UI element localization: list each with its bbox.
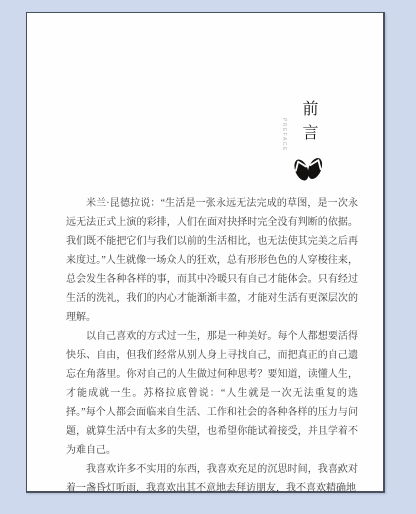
paragraph-1: 米兰·昆德拉说：“生活是一张永远无法完成的草图，是一次永远无法正式上演的彩排，人…: [66, 194, 358, 327]
preface-header: PREFACE 前言: [269, 93, 339, 203]
book-page: PREFACE 前言 米兰·昆德拉说：“生活是一张永远无法完成的草图，是一次永远…: [26, 12, 385, 493]
photo-backdrop: PREFACE 前言 米兰·昆德拉说：“生活是一张永远无法完成的草图，是一次永远…: [0, 0, 416, 514]
paragraph-3: 我喜欢许多不实用的东西，我喜欢充足的沉思时间，我喜欢对着一盏昏灯听雨，我喜欢出其…: [66, 460, 358, 498]
flip-flops-icon: [291, 150, 325, 188]
page-number: 1: [331, 465, 347, 475]
preface-english-label: PREFACE: [281, 118, 287, 152]
body-text: 米兰·昆德拉说：“生活是一张永远无法完成的草图，是一次永远无法正式上演的彩排，人…: [66, 194, 358, 498]
paragraph-2: 以自己喜欢的方式过一生，那是一种美好。每个人都想要活得快乐、自由，但我们经常从别…: [66, 327, 358, 460]
page-title: 前言: [297, 100, 320, 148]
